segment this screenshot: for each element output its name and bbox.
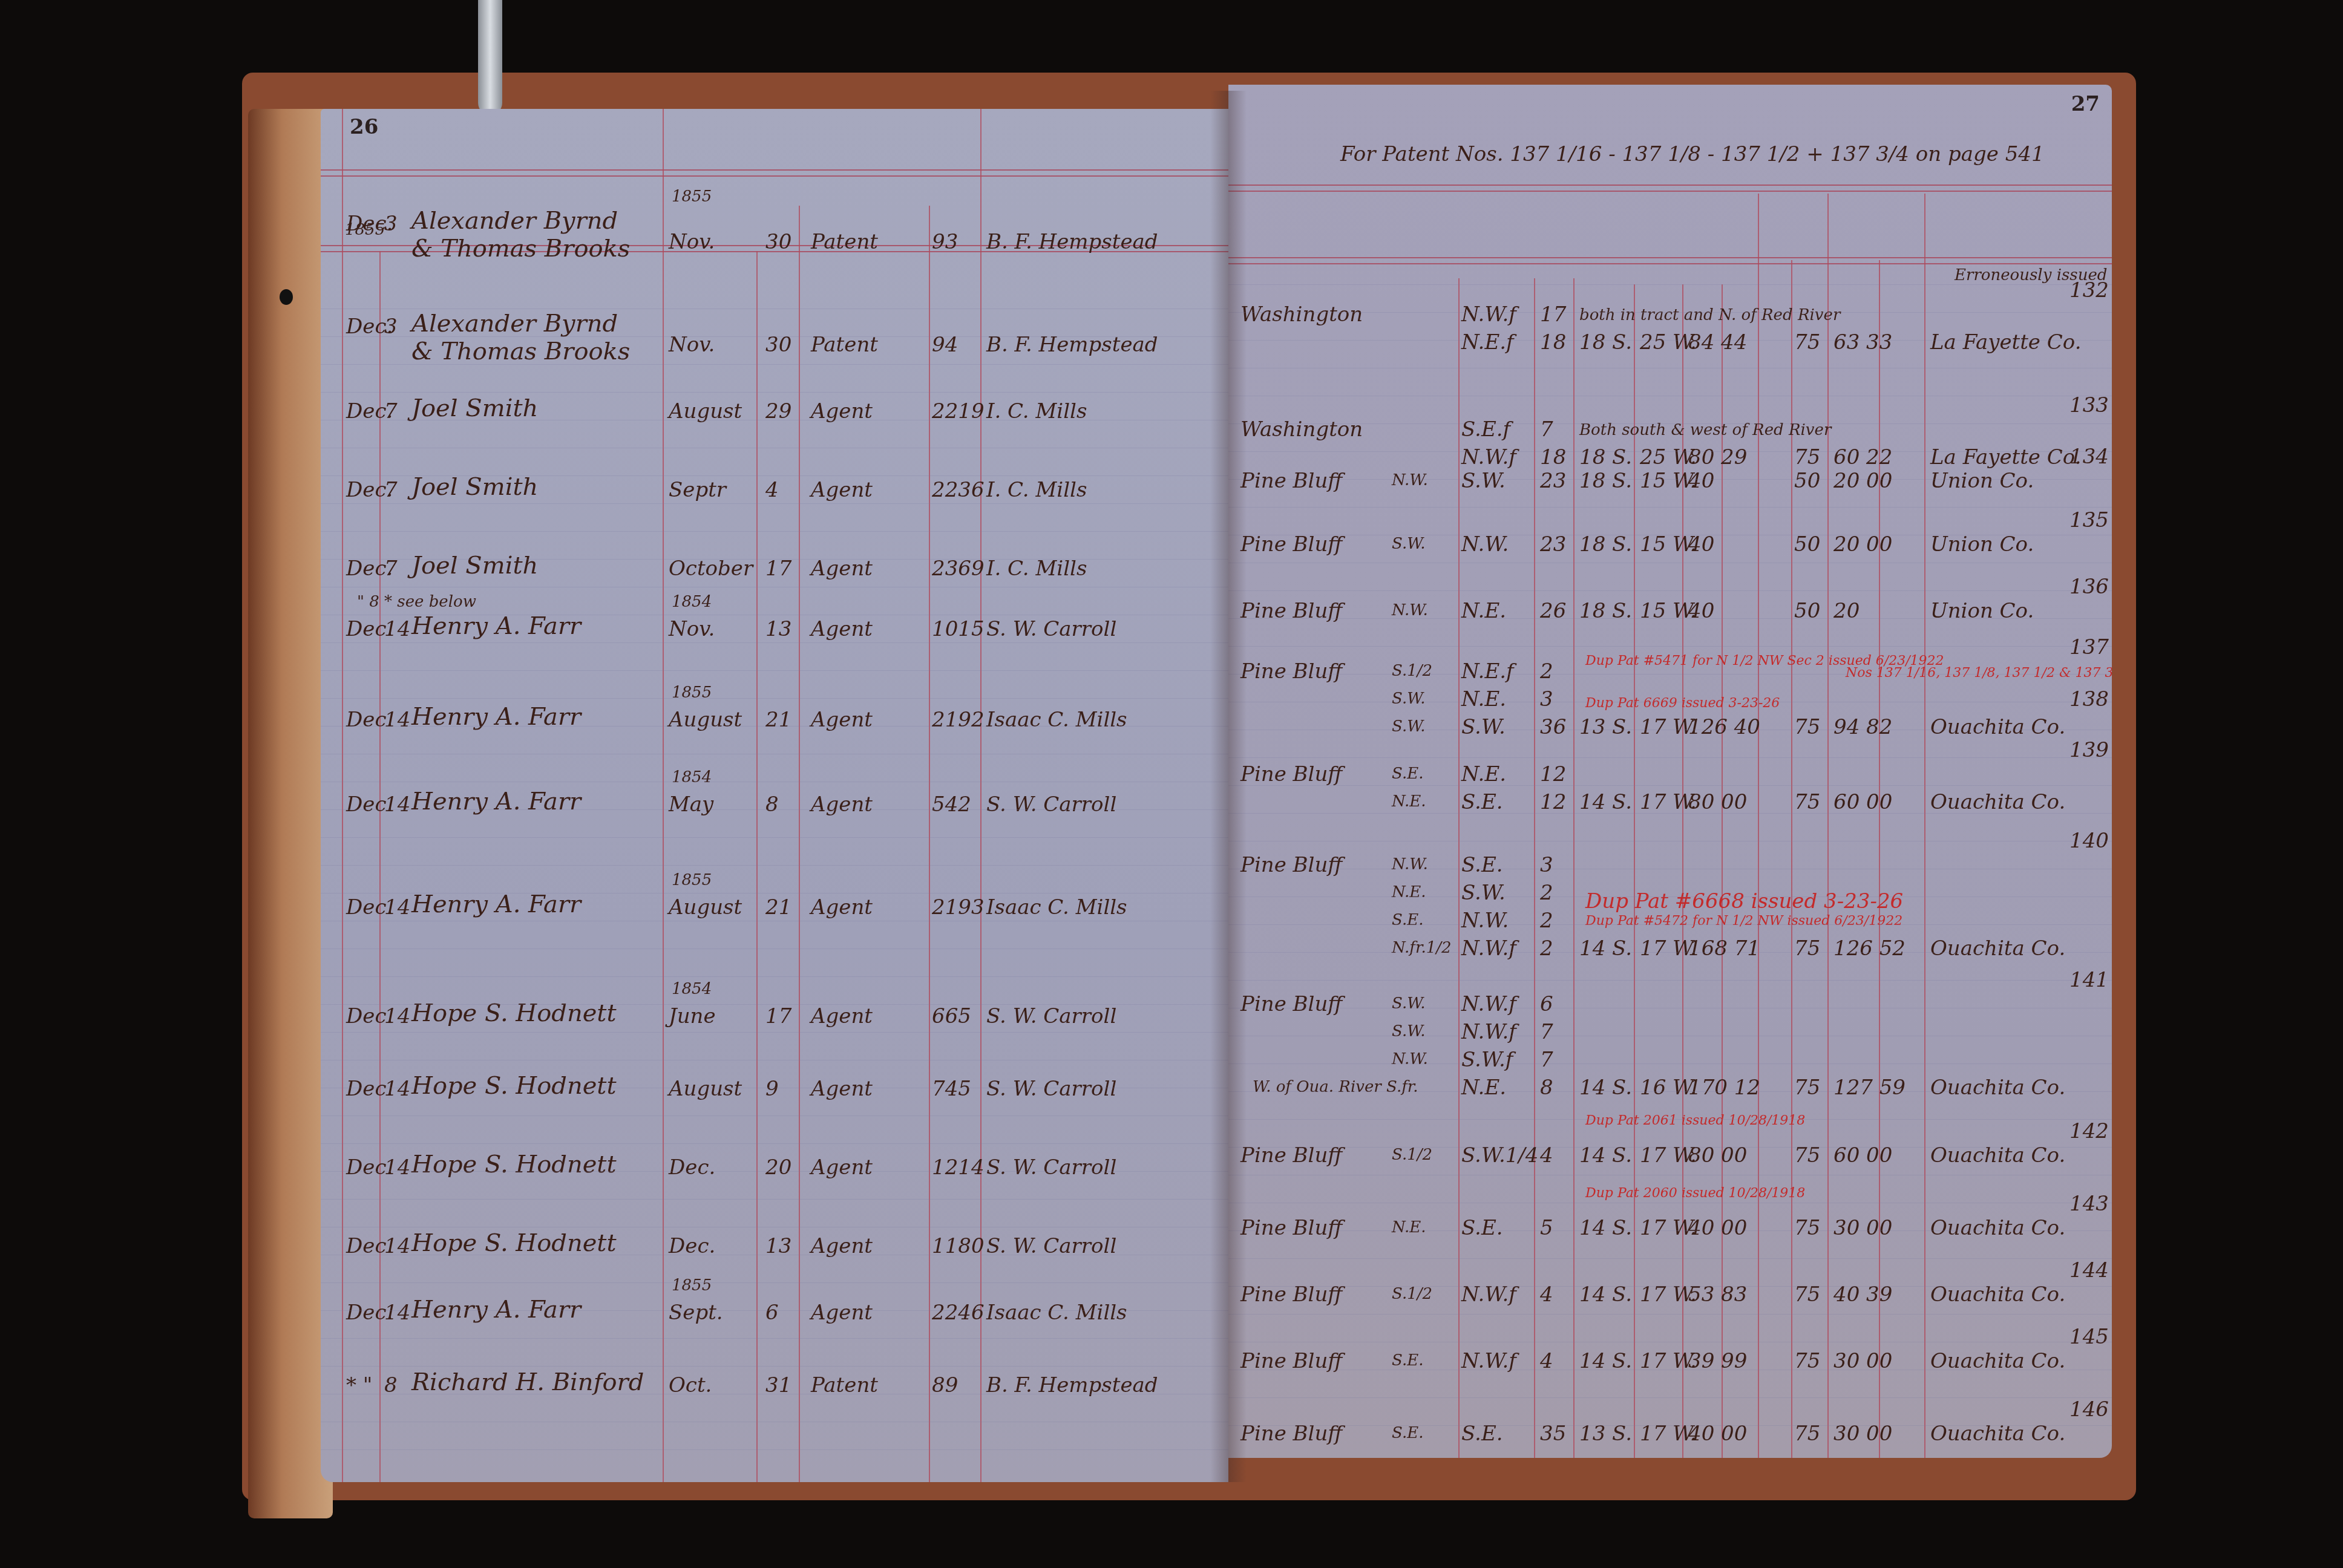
entry-part: S.W.: [1392, 717, 1426, 736]
entry-part: N.fr.1/2: [1392, 939, 1452, 957]
entry-county: La Fayette Co.: [1930, 330, 2082, 354]
entry-type: Agent: [811, 557, 873, 581]
entry-cert-day: 20: [765, 1155, 791, 1180]
entry-patent-number: 135: [2069, 508, 2109, 532]
entry-cert-month: Nov.: [669, 230, 715, 254]
ruled-line: [321, 782, 1228, 782]
entry-quarter: N.E.: [1461, 687, 1506, 711]
entry-section: 2: [1540, 936, 1553, 961]
entry-quarter: N.W.f: [1461, 992, 1516, 1016]
entry-land-office: Pine Bluff: [1240, 659, 1342, 684]
ruled-line: [321, 1449, 1228, 1450]
entry-section: 7: [1540, 1048, 1553, 1072]
entry-officer: Isaac C. Mills: [986, 895, 1127, 920]
entry-amount: 60 00: [1833, 790, 1892, 814]
ruled-line: [321, 1060, 1228, 1060]
entry-cert-day: 21: [765, 708, 791, 732]
ruled-line: [1228, 674, 2112, 675]
entry-part: S.E.: [1392, 765, 1423, 783]
entry-name: Henry A. Farr: [411, 703, 581, 731]
ruled-line: [1228, 451, 2112, 452]
entry-amount: 20 00: [1833, 469, 1892, 493]
entry-type: Agent: [811, 792, 873, 817]
ruled-line: [1228, 1175, 2112, 1175]
col-line: [1634, 284, 1635, 1458]
entry-amount: 60 22: [1833, 445, 1892, 469]
ruled-line: [1228, 924, 2112, 925]
entry-name-line2: & Thomas Brooks: [411, 235, 630, 263]
entry-acres: 40: [1688, 469, 1714, 493]
ruled-line: [1228, 869, 2112, 869]
entry-cert-month: Sept.: [669, 1301, 723, 1325]
entry-year: 1855: [672, 188, 712, 206]
right-page-number: 27: [2071, 92, 2100, 116]
entry-amount: 127 59: [1833, 1076, 1906, 1100]
entry-quarter: N.W.f: [1461, 302, 1516, 327]
ruled-line: [321, 448, 1228, 448]
entry-name: Hope S. Hodnett: [411, 1151, 617, 1178]
binding-hole: [280, 289, 293, 305]
entry-patent-number: 146: [2069, 1397, 2109, 1422]
ruled-line: [1228, 618, 2112, 619]
entry-quarter: S.E.: [1461, 790, 1503, 814]
entry-officer: S. W. Carroll: [986, 1077, 1116, 1101]
entry-year: 1855: [672, 684, 712, 702]
ruled-line: [321, 809, 1228, 810]
left-page-number: 26: [350, 115, 378, 139]
entry-part: S.E.: [1392, 911, 1423, 929]
book-gutter: [1210, 91, 1247, 1482]
header-rule-top: [321, 169, 1228, 177]
ruled-line: [1228, 340, 2112, 341]
entry-quarter: N.W.f: [1461, 445, 1516, 469]
entry-part: N.W.: [1392, 471, 1428, 489]
ruled-line: [321, 1366, 1228, 1367]
col-line: [1534, 278, 1535, 1458]
entry-price: 75: [1794, 715, 1820, 739]
entry-cert-day: 4: [765, 478, 779, 502]
ruled-line: [1228, 841, 2112, 841]
ruled-line: [321, 1143, 1228, 1144]
entry-section: 2: [1540, 659, 1553, 684]
ruled-line: [321, 1004, 1228, 1005]
ruled-line: [1228, 284, 2112, 285]
entry-section: 23: [1540, 532, 1566, 557]
entry-township: 13 S.: [1579, 715, 1632, 739]
ruled-line: [1228, 535, 2112, 535]
col-line: [929, 206, 930, 1482]
ruled-line: [321, 1116, 1228, 1116]
ruled-line: [321, 1255, 1228, 1255]
entry-day: 7: [384, 557, 398, 581]
ruled-line: [321, 865, 1228, 866]
entry-cert-day: 17: [765, 1004, 791, 1028]
ruled-line: [321, 698, 1228, 699]
entry-land-office: Washington: [1240, 302, 1363, 327]
entry-name-line2: & Thomas Brooks: [411, 338, 630, 365]
entry-land-office: Pine Bluff: [1240, 532, 1342, 557]
entry-cert-day: 13: [765, 617, 791, 641]
entry-type: Agent: [811, 1004, 873, 1028]
entry-amount: 30 00: [1833, 1216, 1892, 1240]
entry-patent-number-2: 138: [2069, 687, 2109, 711]
ruled-line: [321, 754, 1228, 754]
entry-cert-month: August: [669, 1077, 742, 1101]
ruled-line: [1228, 952, 2112, 953]
entry-quarter: N.W.: [1461, 532, 1509, 557]
ruled-line: [1228, 1063, 2112, 1064]
entry-land-office: Pine Bluff: [1240, 599, 1342, 623]
entry-price: 75: [1794, 445, 1820, 469]
entry-cert-day: 9: [765, 1077, 779, 1101]
entry-quarter: S.E.f: [1461, 417, 1510, 442]
entry-note: " 8 * see below: [357, 593, 476, 611]
ruled-line: [1228, 1425, 2112, 1426]
ruled-line: [1228, 507, 2112, 508]
entry-county: Ouachita Co.: [1930, 790, 2065, 814]
ruled-line: [1228, 1091, 2112, 1092]
entry-quarter: N.W.f: [1461, 1020, 1516, 1044]
entry-price: 50: [1794, 469, 1820, 493]
entry-amount: 126 52: [1833, 936, 1906, 961]
entry-number: 1214: [932, 1155, 985, 1180]
entry-name: Joel Smith: [411, 394, 538, 422]
entry-section: 8: [1540, 1076, 1553, 1100]
entry-county: Ouachita Co.: [1930, 936, 2065, 961]
entry-type: Agent: [811, 478, 873, 502]
entry-name: Henry A. Farr: [411, 1296, 581, 1324]
entry-patent-number: 133: [2069, 393, 2109, 417]
entry-patent-number: 145: [2069, 1325, 2109, 1349]
ruled-line: [321, 392, 1228, 393]
entry-township: 18 S.: [1579, 599, 1632, 623]
entry-section: 18: [1540, 330, 1566, 354]
ruled-line: [1228, 813, 2112, 814]
entry-year: 1855: [672, 1276, 712, 1295]
entry-township: 18 S.: [1579, 532, 1632, 557]
ruled-line: [1228, 757, 2112, 758]
entry-type: Agent: [811, 895, 873, 920]
entry-county: Union Co.: [1930, 532, 2034, 557]
entry-quarter: N.W.f: [1461, 936, 1516, 961]
col-line: [663, 109, 664, 1482]
entry-price: 75: [1794, 790, 1820, 814]
ruled-line: [1228, 785, 2112, 786]
entry-part: S.W.: [1392, 995, 1426, 1013]
entry-acres: 40: [1688, 532, 1714, 557]
col-line: [1924, 194, 1925, 1458]
col-line: [1791, 260, 1792, 1458]
col-line: [1573, 278, 1575, 1458]
entry-section: 7: [1540, 1020, 1553, 1044]
right-page: 27 For Patent Nos. 137 1/16 - 137 1/8 - …: [1228, 85, 2112, 1458]
entry-part: S.1/2: [1392, 662, 1432, 680]
entry-county: Ouachita Co.: [1930, 715, 2065, 739]
ruled-line: [321, 364, 1228, 365]
ruled-line: [321, 1227, 1228, 1227]
entry-cert-month: August: [669, 895, 742, 920]
entry-section: 36: [1540, 715, 1566, 739]
col-line: [1758, 194, 1759, 1458]
entry-quarter: S.E.: [1461, 1216, 1503, 1240]
ruled-line: [321, 837, 1228, 838]
entry-officer: Isaac C. Mills: [986, 1301, 1127, 1325]
entry-part: N.E.: [1392, 792, 1426, 811]
entry-name: Henry A. Farr: [411, 890, 581, 918]
entry-type: Agent: [811, 1301, 873, 1325]
entry-part: N.W.: [1392, 855, 1428, 874]
entry-name: Henry A. Farr: [411, 788, 581, 815]
entry-part: S.1/2: [1392, 1285, 1432, 1303]
entry-acres: 84 44: [1688, 330, 1747, 354]
ruled-line: [1228, 396, 2112, 396]
entry-land-office: Pine Bluff: [1240, 762, 1342, 786]
entry-amount: 63 33: [1833, 330, 1892, 354]
entry-price: 50: [1794, 599, 1820, 623]
ruled-line: [1228, 1258, 2112, 1259]
left-page: 26 1855 Dec.3Alexander Byrnd& Thomas Bro…: [321, 109, 1228, 1482]
metal-bookmark-clip: [478, 0, 502, 115]
entry-patent-number: 137: [2069, 635, 2109, 659]
entry-section: 23: [1540, 469, 1566, 493]
header-rule-top: [1228, 185, 2112, 192]
entry-officer: Isaac C. Mills: [986, 708, 1127, 732]
entry-part: S.W.: [1392, 1022, 1426, 1040]
entry-price: 75: [1794, 1076, 1820, 1100]
entry-year: 1854: [672, 980, 712, 998]
ruled-line: [1228, 1147, 2112, 1148]
entry-section: 3: [1540, 853, 1553, 877]
entry-acres: 168 71: [1688, 936, 1760, 961]
entry-number: 93: [932, 230, 958, 254]
col-line: [1879, 260, 1880, 1458]
entry-cert-month: Septr: [669, 478, 726, 502]
ruled-line: [321, 1088, 1228, 1088]
ruled-line: [1228, 1119, 2112, 1120]
entry-section: 2: [1540, 909, 1553, 933]
ruled-line: [1228, 312, 2112, 313]
entry-township: 14 S.: [1579, 790, 1632, 814]
entry-acres: 40: [1688, 599, 1714, 623]
entry-officer: S. W. Carroll: [986, 1155, 1116, 1180]
entry-year: 1855: [672, 871, 712, 889]
entry-day: 14: [384, 895, 410, 920]
entry-number: 1015: [932, 617, 985, 641]
ruled-line: [321, 893, 1228, 893]
entry-officer: S. W. Carroll: [986, 792, 1116, 817]
entry-cert-month: May: [669, 792, 713, 817]
entry-patent-number: 142: [2069, 1119, 2109, 1143]
book-spine-edge: [248, 109, 333, 1518]
entry-number: 2246: [932, 1301, 985, 1325]
entry-quarter: S.W.: [1461, 469, 1506, 493]
entry-section: 17: [1540, 302, 1566, 327]
entry-officer: I. C. Mills: [986, 478, 1087, 502]
entry-patent-number: 139: [2069, 738, 2109, 762]
entry-price: 75: [1794, 330, 1820, 354]
ruled-line: [1228, 730, 2112, 730]
ruled-line: [321, 726, 1228, 727]
entry-cert-day: 30: [765, 230, 791, 254]
ruled-line: [1228, 1008, 2112, 1008]
entry-name: Henry A. Farr: [411, 612, 581, 640]
entry-amount: 94 82: [1833, 715, 1892, 739]
ruled-line: [321, 1032, 1228, 1033]
entry-day: 14: [384, 1077, 410, 1101]
ruled-line: [1228, 702, 2112, 702]
entry-price: 75: [1794, 936, 1820, 961]
entry-name: Joel Smith: [411, 552, 538, 580]
entry-section: 3: [1540, 687, 1553, 711]
entry-name: Alexander Byrnd: [411, 207, 618, 235]
entry-part: N.W.: [1392, 1050, 1428, 1068]
entry-land-office: Washington: [1240, 417, 1363, 442]
entry-officer: S. W. Carroll: [986, 1004, 1116, 1028]
entry-quarter: N.E.f: [1461, 659, 1514, 684]
entry-cert-month: June: [669, 1004, 716, 1028]
entry-amount: 20: [1833, 599, 1860, 623]
entry-part: S.1/2: [1392, 1146, 1432, 1164]
entry-quarter: S.E.: [1461, 853, 1503, 877]
ruled-line: [321, 642, 1228, 643]
entry-township: 14 S.: [1579, 1216, 1632, 1240]
ruled-line: [1228, 1370, 2112, 1370]
ruled-line: [1228, 1036, 2112, 1036]
entry-acres: 80 00: [1688, 790, 1747, 814]
entry-quarter: N.W.: [1461, 909, 1509, 933]
entry-part: S.E.: [1392, 1351, 1423, 1370]
entry-officer: B. F. Hempstead: [986, 230, 1158, 254]
entry-patent-number: 144: [2069, 1258, 2109, 1282]
entry-part: N.W.: [1392, 601, 1428, 619]
entry-day: 7: [384, 478, 398, 502]
ruled-line: [321, 1171, 1228, 1172]
entry-township: 18 S.: [1579, 330, 1632, 354]
entry-name: Alexander Byrnd: [411, 310, 618, 338]
entry-cert-day: 6: [765, 1301, 779, 1325]
entry-name: Joel Smith: [411, 473, 538, 501]
ruled-line: [321, 587, 1228, 587]
entry-county: Ouachita Co.: [1930, 1076, 2065, 1100]
ruled-line: [321, 1310, 1228, 1311]
entry-acres: 170 12: [1688, 1076, 1760, 1100]
entry-patent-number: 136: [2069, 575, 2109, 599]
entry-section: 2: [1540, 881, 1553, 905]
col-line: [1458, 278, 1460, 1458]
entry-acres: 40 00: [1688, 1216, 1747, 1240]
entry-land-office: Pine Bluff: [1240, 992, 1342, 1016]
entry-type: Agent: [811, 708, 873, 732]
entry-county: Union Co.: [1930, 599, 2034, 623]
ruled-line: [321, 670, 1228, 671]
col-line: [980, 109, 981, 1482]
entry-part: S.W.: [1392, 690, 1426, 708]
entry-number: 2236: [932, 478, 985, 502]
ruled-line: [1228, 646, 2112, 647]
entry-year: 1854: [672, 593, 712, 611]
entry-acres: 126 40: [1688, 715, 1760, 739]
ruled-line: [1228, 1342, 2112, 1342]
ruled-line: [321, 976, 1228, 977]
entry-section: 12: [1540, 790, 1566, 814]
ruled-line: [321, 1422, 1228, 1422]
entry-quarter: S.W.f: [1461, 1048, 1513, 1072]
entry-year: 1854: [672, 768, 712, 786]
entry-township: 18 S.: [1579, 445, 1632, 469]
entry-land-office: Pine Bluff: [1240, 1216, 1342, 1240]
red-annotation: Dup Pat #6668 issued 3-23-26: [1585, 889, 1903, 913]
entry-number: 2369: [932, 557, 985, 581]
entry-section: 12: [1540, 762, 1566, 786]
entry-type: Agent: [811, 617, 873, 641]
entry-land-office: Pine Bluff: [1240, 853, 1342, 877]
entry-quarter: N.E.f: [1461, 330, 1514, 354]
red-annotation: Dup Pat 6669 issued 3-23-26: [1585, 696, 1780, 711]
entry-township: 14 S.: [1579, 936, 1632, 961]
entry-name: Hope S. Hodnett: [411, 1072, 617, 1100]
ruled-line: [321, 559, 1228, 560]
col-line: [1827, 194, 1829, 1458]
entry-patent-number: 134: [2069, 445, 2109, 469]
entry-cert-day: 8: [765, 792, 779, 817]
entry-cert-day: 21: [765, 895, 791, 920]
ruled-line: [321, 921, 1228, 921]
entry-section: 18: [1540, 445, 1566, 469]
entry-type: Agent: [811, 1155, 873, 1180]
ruled-line: [1228, 1397, 2112, 1398]
entry-part: S.W.: [1392, 535, 1426, 553]
entry-quarter: S.W.: [1461, 881, 1506, 905]
ruled-line: [1228, 1230, 2112, 1231]
entry-number: 665: [932, 1004, 971, 1028]
ruled-line: [321, 336, 1228, 337]
entry-number: 2192: [932, 708, 985, 732]
entry-cert-month: October: [669, 557, 753, 581]
entry-county: Union Co.: [1930, 469, 2034, 493]
col-line: [379, 251, 381, 1482]
ruled-line: [321, 531, 1228, 532]
ruled-line: [1228, 563, 2112, 563]
entry-section: 5: [1540, 1216, 1553, 1240]
entry-officer: S. W. Carroll: [986, 617, 1116, 641]
entry-part: N.E.: [1392, 1218, 1426, 1236]
entry-day: 14: [384, 1004, 410, 1028]
ruled-line: [321, 503, 1228, 504]
ruled-line: [321, 1338, 1228, 1339]
ruled-line: [321, 420, 1228, 420]
entry-name: Richard H. Binford: [411, 1368, 644, 1396]
entry-part: N.E.: [1392, 883, 1426, 901]
ruled-line: [1228, 368, 2112, 368]
col-line: [756, 251, 758, 1482]
entry-township: 18 S.: [1579, 469, 1632, 493]
entry-day: 14: [384, 792, 410, 817]
entry-cert-month: Nov.: [669, 617, 715, 641]
entry-county: Ouachita Co.: [1930, 1216, 2065, 1240]
entry-section: 7: [1540, 417, 1553, 442]
entry-name: Hope S. Hodnett: [411, 999, 617, 1027]
entry-type: Agent: [811, 1077, 873, 1101]
entry-county: La Fayette Co.: [1930, 445, 2082, 469]
entry-quarter: N.E.: [1461, 1076, 1506, 1100]
entry-day: 3: [384, 212, 398, 236]
entry-quarter: N.E.: [1461, 599, 1506, 623]
entry-day: 14: [384, 1155, 410, 1180]
entry-name: Hope S. Hodnett: [411, 1229, 617, 1257]
ruled-line: [321, 949, 1228, 949]
entry-remark: Erroneously issued: [1955, 266, 2107, 284]
entry-part: S.E.: [1392, 1424, 1423, 1442]
